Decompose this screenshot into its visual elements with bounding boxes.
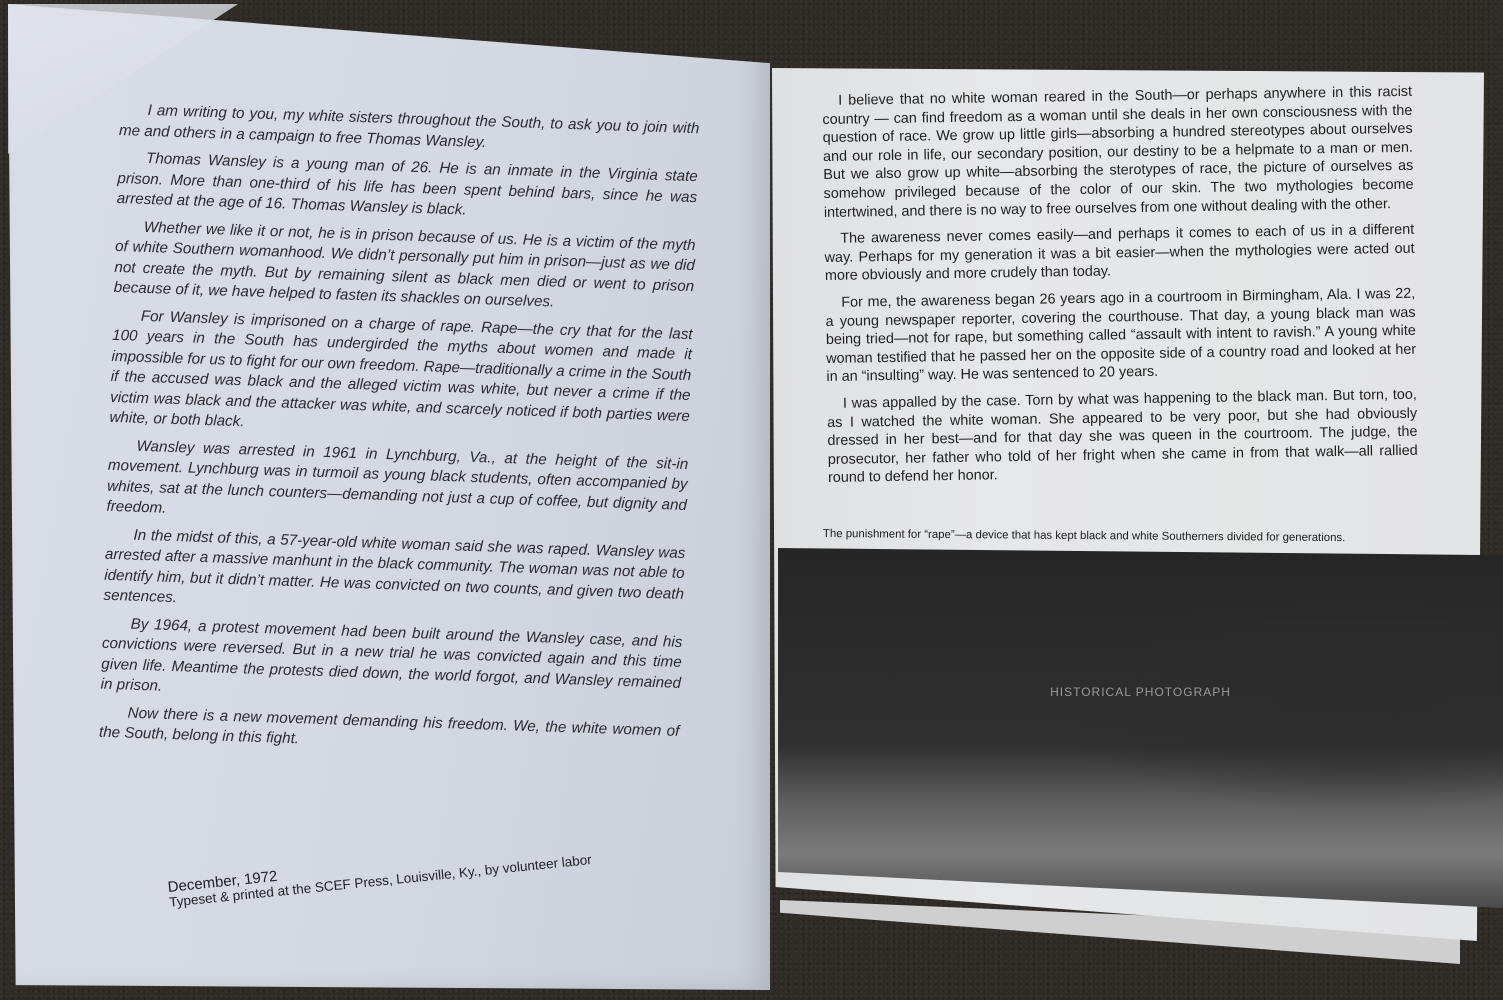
paragraph: In the midst of this, a 57-year-old whit… (103, 524, 685, 625)
paragraph: I was appalled by the case. Torn by what… (827, 386, 1418, 488)
right-page-body: I believe that no white woman reared in … (822, 83, 1418, 496)
paragraph: Wansley was arrested in 1961 in Lynchbur… (106, 435, 688, 536)
paragraph: By 1964, a protest movement had been bui… (100, 613, 682, 714)
photo-placeholder-label: historical photograph (1050, 685, 1231, 699)
paragraph: For Wansley is imprisoned on a charge of… (109, 305, 693, 447)
left-page-body: I am writing to you, my white sisters th… (98, 100, 699, 769)
paragraph: Whether we like it or not, he is in pris… (113, 216, 695, 317)
paragraph: I believe that no white woman reared in … (822, 83, 1414, 222)
paragraph: The awareness never comes easily—and per… (824, 221, 1415, 286)
historical-photograph: historical photograph (778, 548, 1503, 908)
paragraph: For me, the awareness began 26 years ago… (825, 285, 1416, 387)
paragraph: Thomas Wansley is a young man of 26. He … (116, 148, 698, 229)
